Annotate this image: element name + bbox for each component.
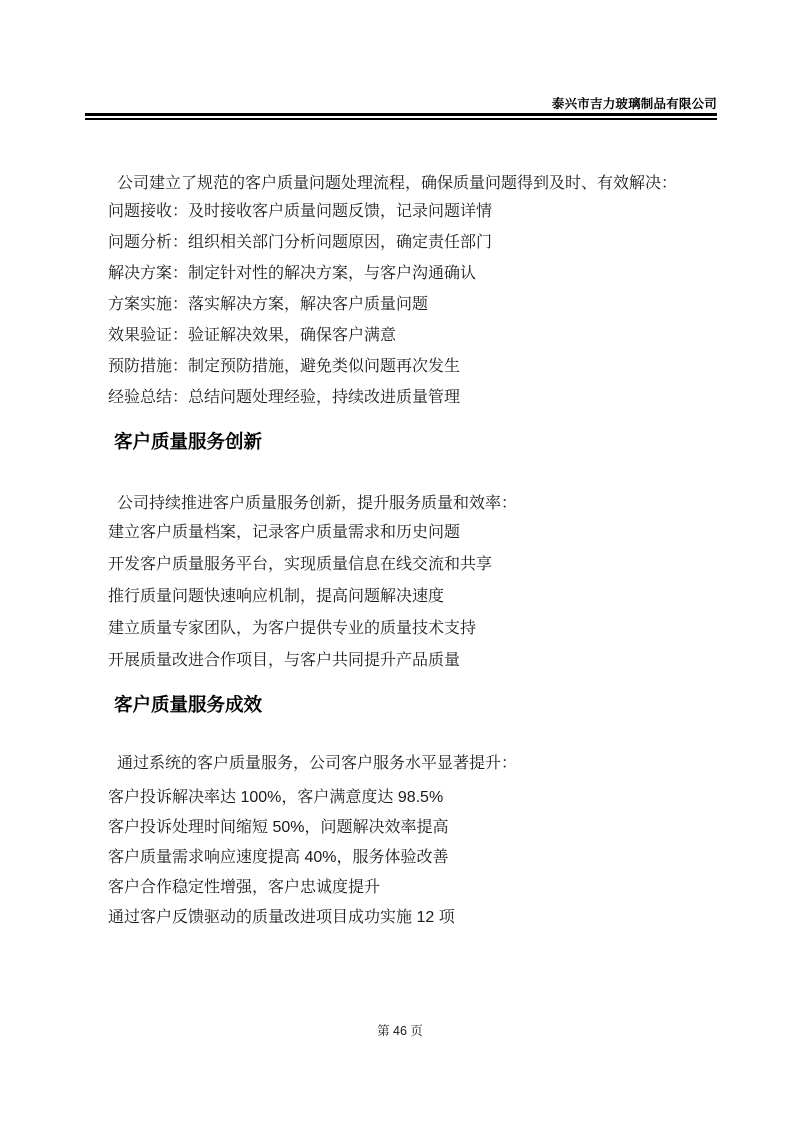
section-intro: 通过系统的客户质量服务，公司客户服务水平显著提升： bbox=[117, 753, 517, 775]
list-item: 建立质量专家团队，为客户提供专业的质量技术支持 bbox=[108, 618, 492, 640]
company-name: 泰兴市吉力玻璃制品有限公司 bbox=[85, 94, 717, 112]
process-step: 方案实施：落实解决方案，解决客户质量问题 bbox=[108, 294, 492, 316]
process-step: 问题接收：及时接收客户质量问题反馈，记录问题详情 bbox=[108, 201, 492, 223]
section-intro: 公司持续推进客户质量服务创新，提升服务质量和效率： bbox=[117, 493, 517, 515]
process-step: 经验总结：总结问题处理经验，持续改进质量管理 bbox=[108, 387, 492, 409]
list-item: 推行质量问题快速响应机制，提高问题解决速度 bbox=[108, 586, 492, 608]
innovation-list: 建立客户质量档案，记录客户质量需求和历史问题 开发客户质量服务平台，实现质量信息… bbox=[108, 522, 492, 682]
list-item: 建立客户质量档案，记录客户质量需求和历史问题 bbox=[108, 522, 492, 544]
process-step: 解决方案：制定针对性的解决方案，与客户沟通确认 bbox=[108, 263, 492, 285]
page-footer: 第 46 页 bbox=[0, 1023, 800, 1039]
process-steps-list: 问题接收：及时接收客户质量问题反馈，记录问题详情 问题分析：组织相关部门分析问题… bbox=[108, 201, 492, 418]
list-item: 通过客户反馈驱动的质量改进项目成功实施 12 项 bbox=[108, 907, 455, 929]
list-item: 开展质量改进合作项目，与客户共同提升产品质量 bbox=[108, 650, 492, 672]
section-title-innovation: 客户质量服务创新 bbox=[114, 430, 262, 454]
list-item: 客户投诉解决率达 100%，客户满意度达 98.5% bbox=[108, 787, 455, 809]
section-title-achievement: 客户质量服务成效 bbox=[114, 693, 262, 717]
intro-paragraph: 公司建立了规范的客户质量问题处理流程，确保质量问题得到及时、有效解决： bbox=[117, 173, 677, 195]
achievement-list: 客户投诉解决率达 100%，客户满意度达 98.5% 客户投诉处理时间缩短 50… bbox=[108, 787, 455, 937]
list-item: 客户投诉处理时间缩短 50%，问题解决效率提高 bbox=[108, 817, 455, 839]
list-item: 客户质量需求响应速度提高 40%，服务体验改善 bbox=[108, 847, 455, 869]
page-number: 第 46 页 bbox=[377, 1024, 423, 1038]
process-step: 问题分析：组织相关部门分析问题原因，确定责任部门 bbox=[108, 232, 492, 254]
header-rule bbox=[85, 113, 717, 120]
process-step: 效果验证：验证解决效果，确保客户满意 bbox=[108, 325, 492, 347]
list-item: 开发客户质量服务平台，实现质量信息在线交流和共享 bbox=[108, 554, 492, 576]
list-item: 客户合作稳定性增强，客户忠诚度提升 bbox=[108, 877, 455, 899]
document-page: 泰兴市吉力玻璃制品有限公司 公司建立了规范的客户质量问题处理流程，确保质量问题得… bbox=[0, 0, 800, 1131]
process-step: 预防措施：制定预防措施，避免类似问题再次发生 bbox=[108, 356, 492, 378]
